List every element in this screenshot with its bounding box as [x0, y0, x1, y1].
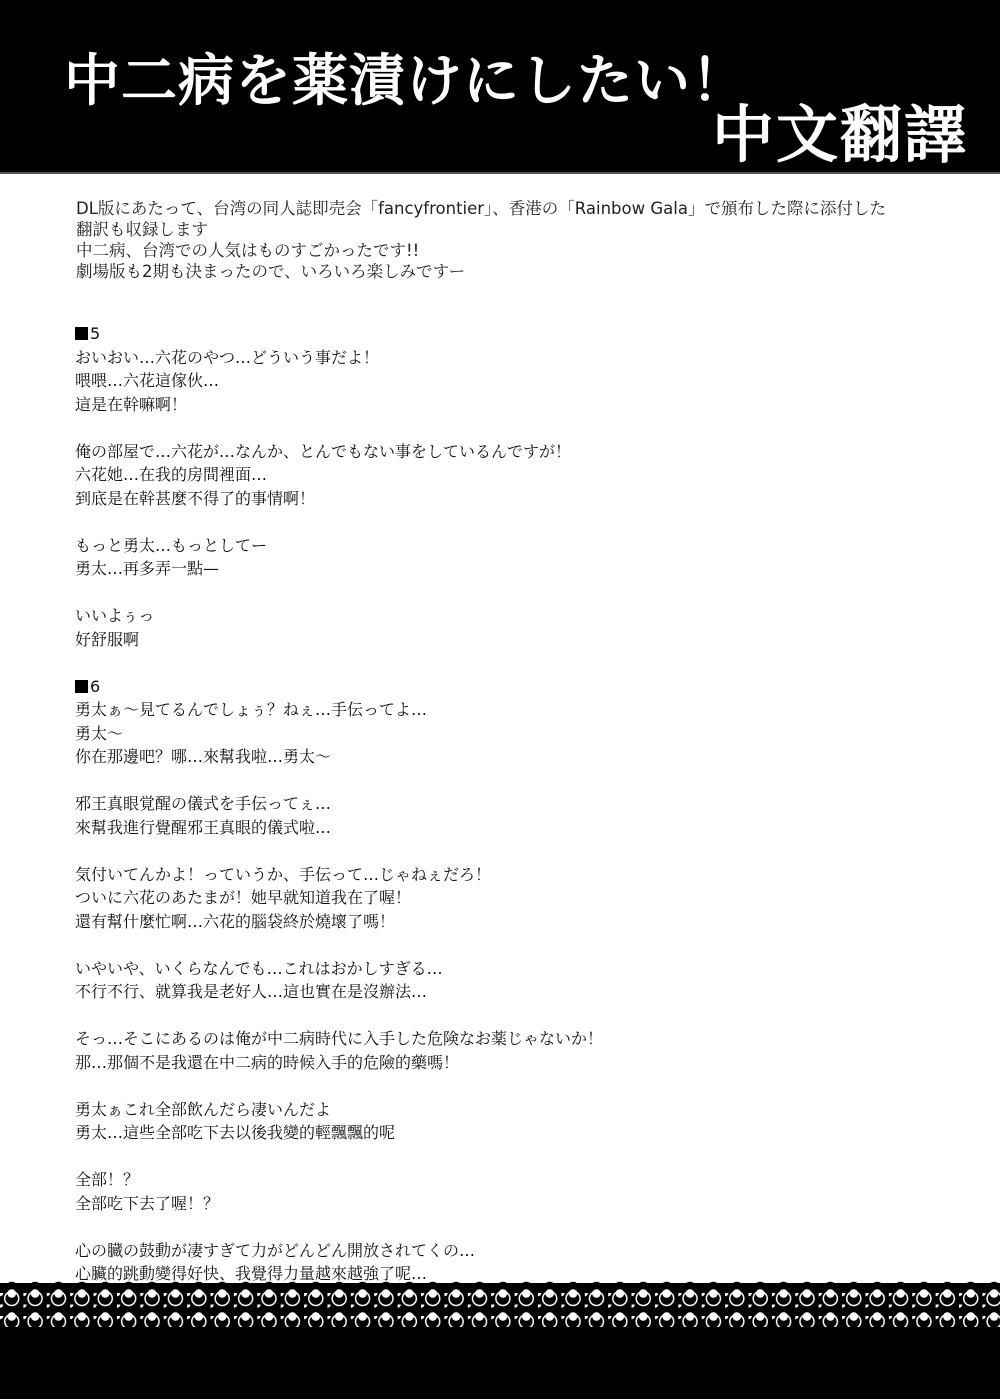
dialogue-line: おいおい…六花のやつ…どういう事だよ！ — [75, 346, 955, 370]
dialogue-line: 勇太〜 — [75, 722, 955, 746]
page-subtitle: 中文翻譯 — [712, 100, 968, 170]
intro-line: 翻訳も収録します — [76, 219, 966, 240]
dialogue-line: 來幫我進行覺醒邪王真眼的儀式啦… — [75, 816, 955, 840]
dialogue-line: 全部！？ — [75, 1168, 955, 1192]
footer-band — [0, 1327, 1000, 1399]
dialogue-line: いやいや、いくらなんでも…これはおかしすぎる… — [75, 957, 955, 981]
dialogue-line: 勇太ぁ〜見てるんでしょぅ？ねぇ…手伝ってよ… — [75, 698, 955, 722]
dialogue-line: 勇太…再多弄一點— — [75, 557, 955, 581]
title-banner: 中二病を薬漬けにしたい！ 中文翻譯 — [0, 0, 1000, 174]
dialogue-line: ついに六花のあたまが！她早就知道我在了喔！ — [75, 886, 955, 910]
dialogue-line: 勇太ぁこれ全部飲んだら凄いんだよ — [75, 1098, 955, 1122]
square-bullet-icon — [75, 680, 88, 693]
dialogue-line: 不行不行、就算我是老好人…這也實在是沒辦法… — [75, 980, 955, 1004]
lace-border-decoration — [0, 1283, 1000, 1327]
dialogue-line: いいよぅっ — [75, 604, 955, 628]
dialogue-line: 全部吃下去了喔！？ — [75, 1192, 955, 1216]
intro-line: DL版にあたって、台湾の同人誌即売会「fancyfrontier」、香港の「Ra… — [76, 198, 966, 219]
square-bullet-icon — [75, 327, 88, 340]
dialogue-line: 勇太…這些全部吃下去以後我變的輕飄飄的呢 — [75, 1121, 955, 1145]
dialogue-line: 這是在幹嘛啊！ — [75, 393, 955, 417]
dialogue-line: 喂喂…六花這傢伙… — [75, 369, 955, 393]
intro-line: 中二病、台湾での人気はものすごかったです!! — [76, 240, 966, 261]
dialogue-line: 六花她…在我的房間裡面… — [75, 463, 955, 487]
dialogue-line: 還有幫什麼忙啊…六花的腦袋終於燒壞了嗎！ — [75, 910, 955, 934]
page-title: 中二病を薬漬けにしたい！ — [64, 50, 748, 114]
dialogue-line: 到底是在幹甚麼不得了的事情啊！ — [75, 487, 955, 511]
dialogue-line: 心の臓の鼓動が凄すぎて力がどんどん開放されてくの… — [75, 1239, 955, 1263]
dialogue-line: そっ…そこにあるのは俺が中二病時代に入手した危険なお薬じゃないか！ — [75, 1027, 955, 1051]
section-number: 6 — [90, 675, 100, 699]
intro-line: 劇場版も2期も決まったので、いろいろ楽しみですー — [76, 261, 966, 282]
dialogue-line: もっと勇太…もっとしてー — [75, 534, 955, 558]
dialogue-line: 俺の部屋で…六花が…なんか、とんでもない事をしているんですが！ — [75, 440, 955, 464]
section-heading: 5 — [75, 322, 955, 346]
dialogue-line: 你在那邊吧？哪…來幫我啦…勇太〜 — [75, 745, 955, 769]
translation-body: 5 おいおい…六花のやつ…どういう事だよ！ 喂喂…六花這傢伙… 這是在幹嘛啊！ … — [75, 322, 955, 1286]
dialogue-line: 気付いてんかよ！っていうか、手伝って…じゃねぇだろ！ — [75, 863, 955, 887]
dialogue-line: 邪王真眼覚醒の儀式を手伝ってぇ… — [75, 792, 955, 816]
section-number: 5 — [90, 322, 100, 346]
intro-note: DL版にあたって、台湾の同人誌即売会「fancyfrontier」、香港の「Ra… — [76, 198, 966, 282]
dialogue-line: 那…那個不是我還在中二病的時候入手的危險的藥嗎！ — [75, 1051, 955, 1075]
dialogue-line: 好舒服啊 — [75, 628, 955, 652]
section-heading: 6 — [75, 675, 955, 699]
